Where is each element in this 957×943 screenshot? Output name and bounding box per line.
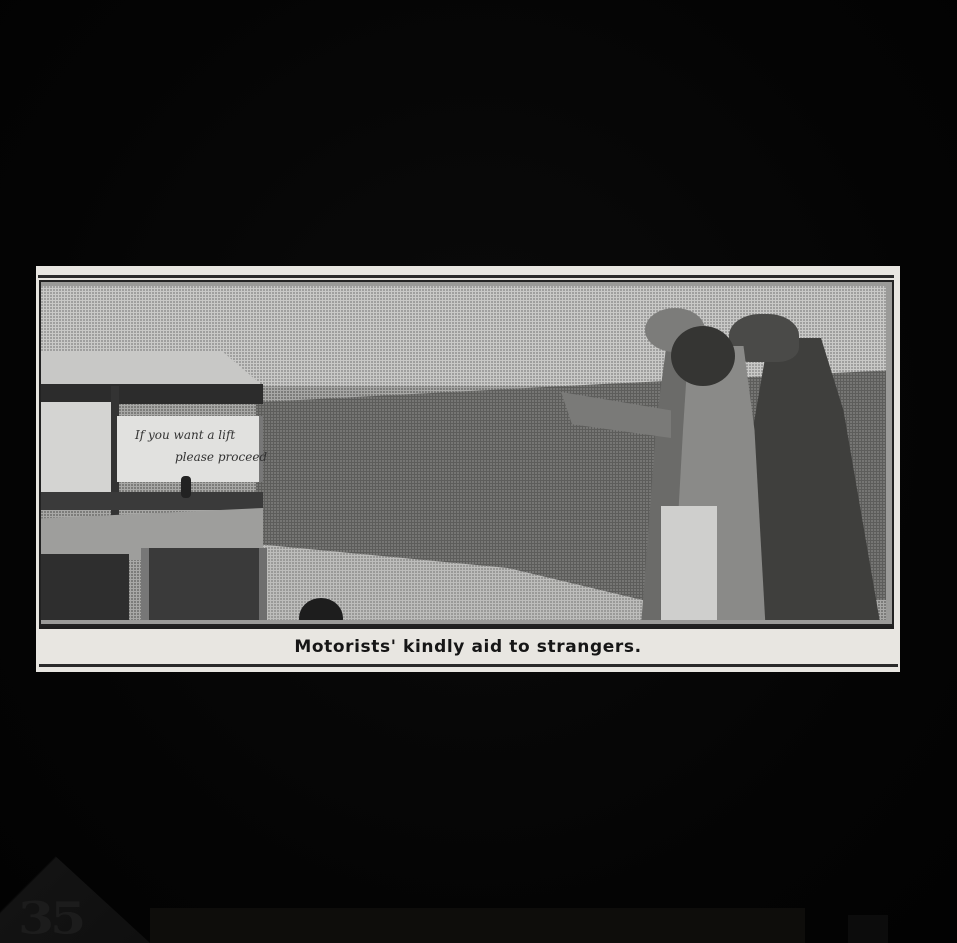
car-roof-band xyxy=(41,384,263,404)
slide-bottom-label-strip xyxy=(150,908,805,943)
caption-rule-top xyxy=(39,626,894,629)
lantern-slide: 35 If you want a lift please proceed xyxy=(0,0,957,943)
car-hood-ornament xyxy=(181,476,191,498)
slide-bottom-mark xyxy=(848,915,888,943)
caption-rule-bottom xyxy=(39,664,898,667)
car-side-window xyxy=(41,402,111,494)
sign-line-2: please proceed xyxy=(175,450,267,464)
light-skirt xyxy=(661,506,717,620)
car-fender xyxy=(41,554,129,620)
car-dashboard xyxy=(41,492,263,510)
sign-line-1: If you want a lift xyxy=(135,428,235,442)
photo-scene: If you want a lift please proceed xyxy=(41,286,886,620)
slide-number: 35 xyxy=(18,893,82,943)
halftone-photo: If you want a lift please proceed xyxy=(39,280,894,626)
car-radiator-grille xyxy=(141,548,267,620)
car-windscreen-sign: If you want a lift please proceed xyxy=(117,416,263,482)
cloche-hat-center xyxy=(671,326,735,386)
top-rule xyxy=(38,275,894,278)
newspaper-clipping: If you want a lift please proceed xyxy=(36,266,900,672)
photo-caption: Motorists' kindly aid to strangers. xyxy=(36,632,900,662)
